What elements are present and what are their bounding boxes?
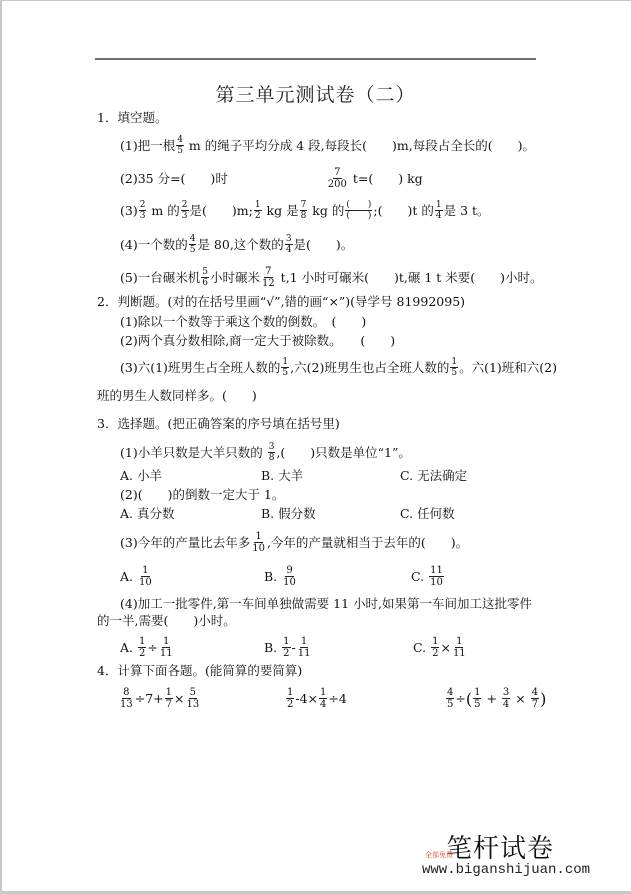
s3-q3-option-b: B. 910 bbox=[264, 566, 298, 589]
s3-q4-option-b: B. 12-111 bbox=[264, 637, 312, 660]
s4-expression-3: 45÷(15 + 34 × 47) bbox=[445, 688, 546, 711]
watermark-url: www.biganshijuan.com bbox=[422, 862, 590, 878]
page-title: 第三单元测试卷（二） bbox=[0, 80, 631, 107]
s3-q4-option-a: A. 12÷111 bbox=[120, 637, 175, 660]
watermark-brand: 笔杆试卷 bbox=[446, 828, 554, 865]
s3-q4-line1: (4)加工一批零件,第一车间单独做需要 11 小时,如果第一车间加工这批零件 bbox=[120, 596, 532, 612]
s2-q2: (2)两个真分数相除,商一定大于被除数。 ( ) bbox=[120, 333, 395, 349]
s3-q2-option-b: B. 假分数 bbox=[261, 506, 316, 522]
s3-q1-option-b: B. 大羊 bbox=[261, 468, 303, 484]
s2-q3: (3)六(1)班男生占全班人数的15,六(2)班男生也占全班人数的15。六(1)… bbox=[120, 358, 557, 379]
s3-q4-option-c: C. 12×111 bbox=[413, 637, 468, 660]
section-1-heading: 1．填空题。 bbox=[97, 110, 167, 126]
section-2-heading: 2．判断题。(对的在括号里画“√”,错的画“×”)(导学号 81992095) bbox=[97, 294, 465, 310]
s3-q1-option-a: A. 小羊 bbox=[120, 468, 162, 484]
s2-q3-continued: 班的男生人数同样多。( ) bbox=[97, 388, 257, 404]
s1-q4: (4)一个数的45是 80,这个数的34是( )。 bbox=[120, 235, 353, 256]
s4-expression-1: 813÷7+17×513 bbox=[118, 688, 201, 711]
section-4-heading: 4．计算下面各题。(能简算的要简算) bbox=[97, 663, 302, 679]
fraction: 45 bbox=[176, 135, 184, 156]
s3-q1-option-c: C. 无法确定 bbox=[400, 468, 467, 484]
s1-q5: (5)一台碾米机56小时碾米712 t,1 小时可碾米( )t,碾 1 t 米要… bbox=[120, 267, 543, 290]
s3-q2-option-a: A. 真分数 bbox=[120, 506, 174, 522]
s3-q4-line2: 的一半,需要( )小时。 bbox=[97, 613, 236, 629]
s3-q3: (3)今年的产量比去年多110,今年的产量就相当于去年的( )。 bbox=[120, 532, 468, 555]
s3-q3-option-c: C. 1110 bbox=[411, 566, 445, 589]
s3-q3-option-a: A. 110 bbox=[120, 566, 154, 589]
fraction: 7200 bbox=[327, 167, 348, 190]
s2-q1: (1)除以一个数等于乘这个数的倒数。 ( ) bbox=[120, 314, 366, 330]
s3-q2: (2)( )的倒数一定大于 1。 bbox=[120, 487, 284, 503]
s3-q2-option-c: C. 任何数 bbox=[400, 506, 455, 522]
blank-fraction: ( )( ) bbox=[345, 200, 372, 221]
header-rule bbox=[95, 58, 536, 60]
s3-q1: (1)小羊只数是大羊只数的 38,( )只数是单位“1”。 bbox=[120, 443, 411, 464]
watermark-free-tag: 全部免费 bbox=[425, 850, 453, 860]
s1-q3: (3)23 m 的23是( )m;12 kg 是78 kg 的( )( );( … bbox=[120, 201, 490, 222]
s4-expression-2: 12-4×14÷4 bbox=[285, 688, 347, 711]
section-3-heading: 3．选择题。(把正确答案的序号填在括号里) bbox=[97, 416, 340, 432]
s1-q2: (2)35 分=( )时 7200 t=( ) kg bbox=[120, 168, 423, 191]
s1-q1: (1)把一根45 m 的绳子平均分成 4 段,每段长( )m,每段占全长的( )… bbox=[120, 136, 535, 157]
